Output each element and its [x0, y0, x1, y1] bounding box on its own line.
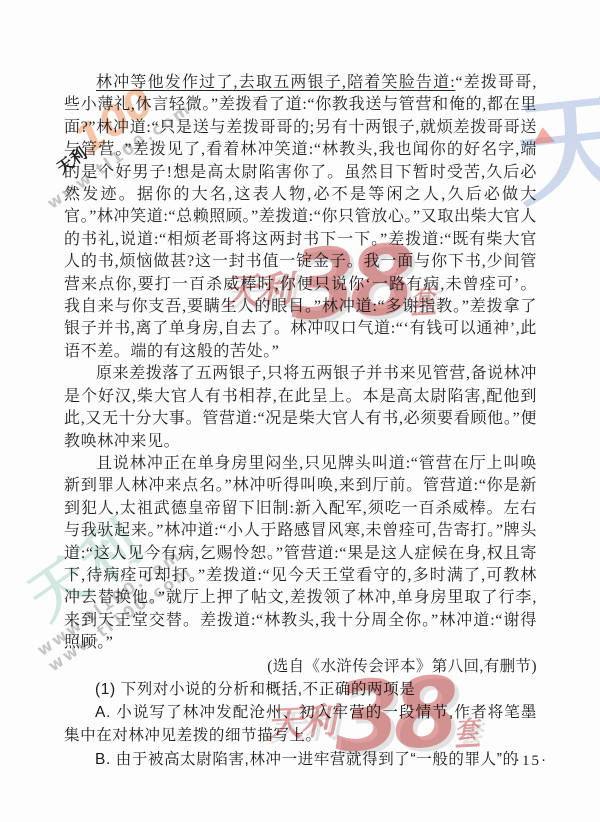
source-citation: (选自《水浒传会评本》第八回,有删节) — [64, 656, 537, 678]
scanned-exam-page: 天利100 www.tl100.com 天 天利38套 天利 www.tl100… — [0, 0, 600, 822]
paragraph-text: “差拨哥哥,些小薄礼,休言轻微。”差拨看了道:“你教我送与管营和俺的,都在里面?… — [64, 74, 537, 360]
option-a: A. 小说写了林冲发配沧州、初入牢营的一段情节,作者将笔墨集中在对林冲见差拨的细… — [64, 701, 537, 747]
excerpt-paragraph-1: 林冲等他发作过了,去取五两银子,陪着笑脸告道:“差拨哥哥,些小薄礼,休言轻微。”… — [64, 72, 537, 363]
excerpt-paragraph-2: 原来差拨落了五两银子,只将五两银子并书来见管营,备说林冲是个好汉,柴大官人有书相… — [64, 363, 537, 453]
page-content: 林冲等他发作过了,去取五两银子,陪着笑脸告道:“差拨哥哥,些小薄礼,休言轻微。”… — [64, 72, 537, 771]
underlined-lead-sentence: 林冲等他发作过了,去取五两银子,陪着笑脸告道: — [96, 74, 455, 91]
page-number: ·15· — [515, 753, 548, 770]
excerpt-paragraph-3: 且说林冲正在单身房里闷坐,只见牌头叫道:“管营在厅上叫唤新到罪人林冲来点名。”林… — [64, 453, 537, 655]
option-b: B. 由于被高太尉陷害,林冲一进牢营就得到了“一般的罪人”的 — [64, 748, 537, 771]
question-1-stem: (1) 下列对小说的分析和概括,不正确的两项是 — [64, 678, 537, 701]
